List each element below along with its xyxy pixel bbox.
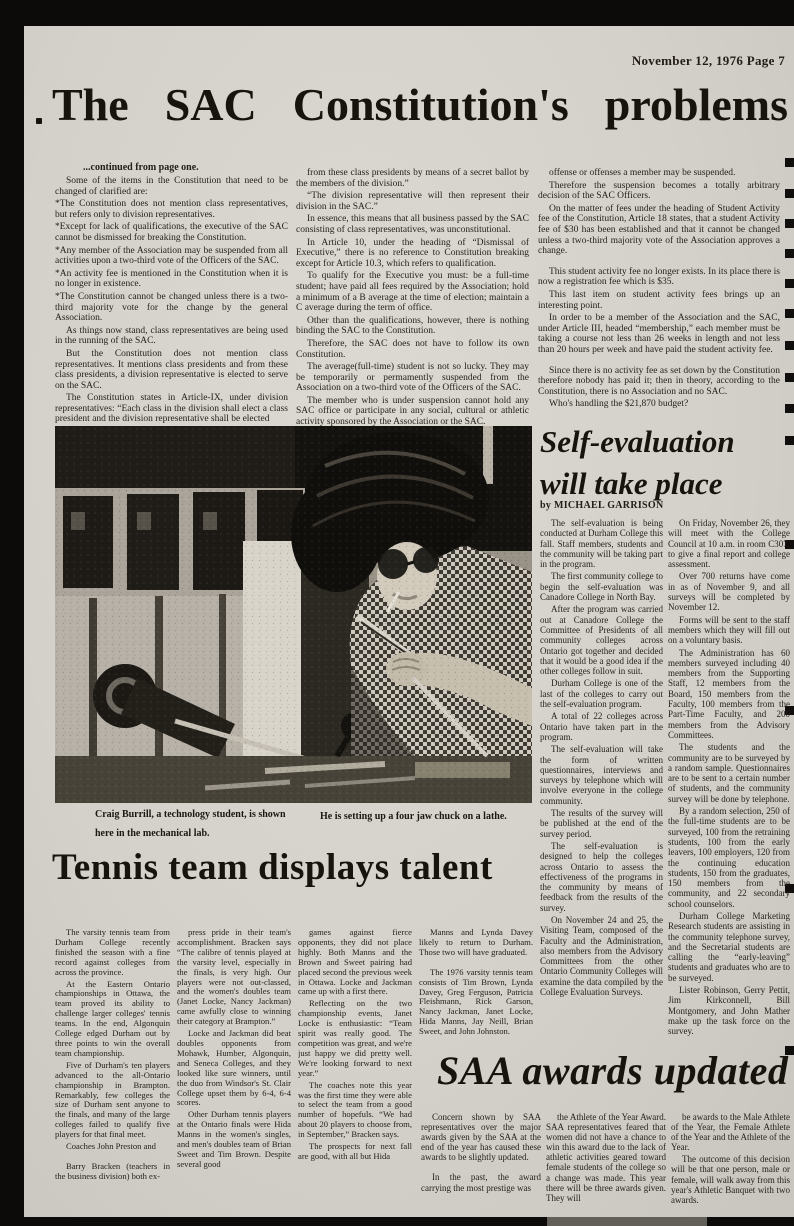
edge-mark <box>785 436 794 445</box>
edge-mark <box>785 189 794 198</box>
sac-article-col-1: Some of the items in the Constitution th… <box>55 176 288 426</box>
headline-word: Constitution's <box>293 82 569 128</box>
sac-article-col-2: from these class presidents by means of … <box>296 168 529 426</box>
tennis-headline: Tennis team displays talent <box>52 846 493 889</box>
selfeval-headline: Self-evaluation will take place <box>540 421 735 505</box>
page-edge-top <box>0 0 794 26</box>
photo-caption-left-line2: here in the mechanical lab. <box>95 828 210 839</box>
selfeval-headline-line1: Self-evaluation <box>540 421 735 463</box>
photo-caption-right: He is setting up a four jaw chuck on a l… <box>320 811 507 822</box>
page-edge-left <box>0 0 24 1226</box>
edge-mark <box>785 309 794 318</box>
page-edge-bottom-notch <box>547 1217 707 1226</box>
saa-col-1: Concern shown by SAA representatives ove… <box>421 1112 541 1218</box>
newspaper-page: November 12, 1976 Page 7 The SAC Constit… <box>0 0 794 1226</box>
photo-caption-left-line1: Craig Burrill, a technology student, is … <box>95 809 286 820</box>
tennis-col-3: games against fierce opponents, they did… <box>298 928 412 1224</box>
continued-note: ...continued from page one. <box>83 162 199 173</box>
dateline: November 12, 1976 Page 7 <box>632 53 785 69</box>
edge-mark <box>785 404 794 413</box>
edge-mark <box>785 158 794 167</box>
saa-headline: SAA awards updated <box>437 1047 788 1094</box>
photo-mechanical-lab <box>55 426 532 803</box>
headline-word: SAC <box>165 82 257 128</box>
edge-mark <box>785 341 794 350</box>
sac-article-col-3: offense or offenses a member may be susp… <box>538 168 780 426</box>
tennis-col-2: press pride in their team's accomplishme… <box>177 928 291 1224</box>
saa-col-3: be awards to the Male Athlete of the Yea… <box>671 1112 790 1218</box>
edge-mark <box>785 219 794 228</box>
main-headline: The SAC Constitution's problems <box>52 82 788 128</box>
headline-word: problems <box>605 82 788 128</box>
selfeval-col-2: On Friday, November 26, they will meet w… <box>668 518 790 1058</box>
selfeval-byline: by MICHAEL GARRISON <box>540 500 664 511</box>
edge-mark <box>785 279 794 288</box>
tennis-col-4: Manns and Lynda Davey likely to return t… <box>419 928 533 1050</box>
selfeval-headline-line2: will take place <box>540 463 735 505</box>
edge-mark <box>785 249 794 258</box>
headline-lead-mark <box>36 118 42 124</box>
edge-mark <box>785 373 794 382</box>
saa-col-2: the Athlete of the Year Award. SAA repre… <box>546 1112 666 1218</box>
tennis-col-1: The varsity tennis team from Durham Coll… <box>55 928 170 1224</box>
selfeval-col-1: The self-evaluation is being conducted a… <box>540 518 663 1058</box>
headline-word: The <box>52 82 129 128</box>
